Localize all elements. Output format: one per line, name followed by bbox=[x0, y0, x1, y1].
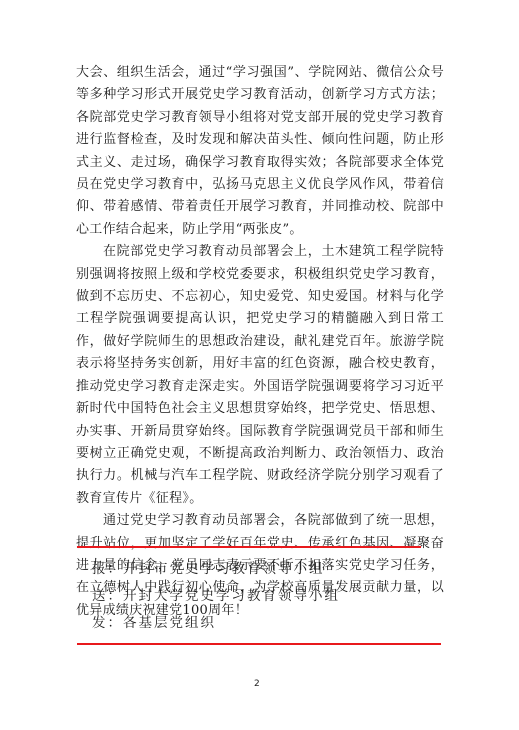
paragraph-2: 在院部党史学习教育动员部署会上，土木建筑工程学院特别强调将按照上级和学校党委要求… bbox=[76, 241, 444, 510]
red-divider-top bbox=[77, 546, 421, 548]
paragraph-1: 大会、组织生活会，通过“学习强国”、学院网站、微信公众号等多种学习形式开展党史学… bbox=[76, 62, 444, 241]
page-number: 2 bbox=[254, 679, 260, 689]
issue-to-line: 发：各基层党组织 bbox=[92, 611, 216, 631]
report-to-line: 报：开封市党史学习教育领导小组 bbox=[92, 557, 325, 577]
red-divider-bottom bbox=[77, 643, 441, 645]
document-body: 大会、组织生活会，通过“学习强国”、学院网站、微信公众号等多种学习形式开展党史学… bbox=[76, 62, 444, 622]
send-to-line: 送：开封大学党史学习教育领导小组 bbox=[92, 584, 340, 604]
document-page: 大会、组织生活会，通过“学习强国”、学院网站、微信公众号等多种学习形式开展党史学… bbox=[0, 0, 519, 730]
